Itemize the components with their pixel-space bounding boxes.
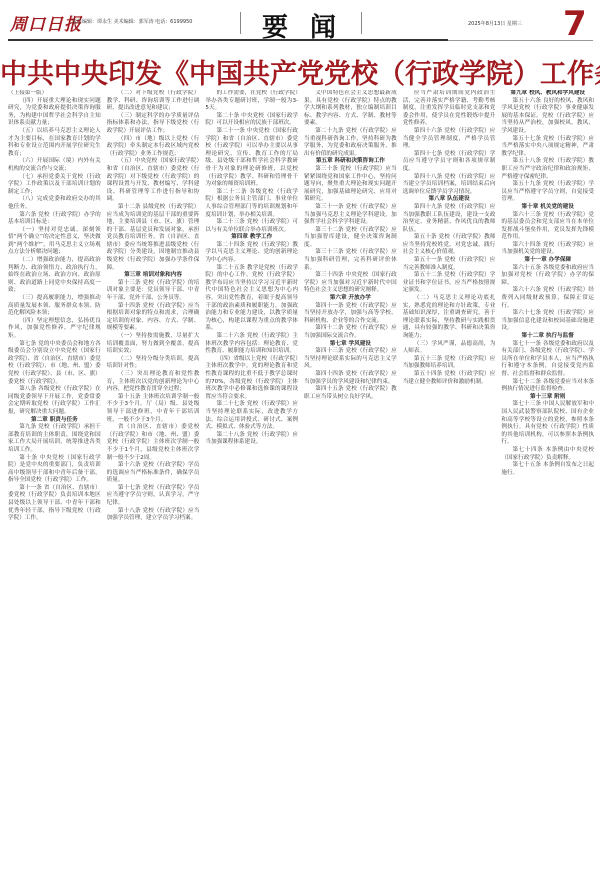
article-paragraph: 义中国特色社会主义思想最新成果。具有党校（行政学院）特点的教学大纲和系列教材，独… <box>304 90 397 128</box>
article-paragraph: 第六十六条 党校（行政学院）经费列入同级财政预算，保障正常运行。 <box>501 287 594 310</box>
article-paragraph: 第五十四条 党校（行政学院）应当建立健全教师评价和激励机制。 <box>403 371 496 386</box>
article-paragraph: （二）马克思主义理论功底扎实，熟悉党的理论和方针政策，专业基础知识深厚，注重调查… <box>403 295 496 341</box>
article-paragraph: 第三十三条 党校（行政学院）应当加强科研管理，完善科研评价体系。 <box>304 249 397 272</box>
chapter-heading: 第十一章 办学保障 <box>501 257 594 265</box>
article-paragraph: 第六十四条 党校（行政学院）应当加强机关党的建设。 <box>501 242 594 257</box>
article-paragraph: 第七十五条 本条例自发布之日起施行。 <box>501 462 594 477</box>
chapter-heading: 第五章 科研和决策咨询工作 <box>304 158 397 166</box>
article-paragraph: 第六十三条 党校（行政学院）党的基层委员会和党支部应当在本单位发挥战斗堡垒作用，… <box>501 212 594 242</box>
article-paragraph: 第二十八条 党校（行政学院）应当加强课程体系建设。 <box>205 432 298 447</box>
article-paragraph: （四）市（地）级以上党校（行政学院）牵头制定本行政区域内党校（行政学院）业务工作… <box>107 136 200 159</box>
article-paragraph: 第十条 中央党校（国家行政学院）是党中央的重要部门，负责培训高中级领导干部和中青… <box>8 455 101 485</box>
article-paragraph: 第五十六条 良好的校风、教风和学风是党校（行政学院）事业健康发展的基本保证。党校… <box>501 98 594 136</box>
article-paragraph: （四）坚定理想信念，弘扬优良作风，加强党性修养，严守纪律规矩。 <box>8 318 101 341</box>
issue-date: 2025年8月13日 星期三 <box>468 20 522 27</box>
divider <box>361 12 362 34</box>
article-paragraph: 第五十七条 党校（行政学院）应当严格落实中央八项规定精神，严肃教学纪律。 <box>501 136 594 159</box>
article-paragraph: 第十六条 党校（行政学院）学员的选调应当严格标准条件，确保学员质量。 <box>107 462 200 485</box>
article-paragraph: 第九条 党校（行政学院）承担干部教育培训的主体职责，围绕党和国家工作大局开展培训… <box>8 424 101 454</box>
column-5: 应当严肃培训期间党内政治生活，完善并落实严格学籍、考勤考核制度，注重发挥学员临时… <box>403 90 496 880</box>
chapter-heading: 第六章 开放办学 <box>304 295 397 303</box>
article-paragraph: （三）突出理论教育和党性教育，主体班次以党的创新理论为中心内容，把党性教育贯穿全… <box>107 371 200 394</box>
divider <box>240 12 241 34</box>
article-paragraph: 第二十一条 中央党校（国家行政学院）和省（自治区、直辖市）委党校（行政学院）可以… <box>205 128 298 189</box>
article-paragraph: 第十七条 党校（行政学院）学员应当遵守学员守则，认真学习，严守纪律。 <box>107 485 200 508</box>
editor-credits: 责任编辑：谭永生 美术编辑：郭军涛 电话：6199950 <box>72 18 192 25</box>
masthead: 周口日报 责任编辑：谭永生 美术编辑：郭军涛 电话：6199950 要闻 202… <box>0 0 600 42</box>
article-paragraph: （三）制定科学的办学质量评估指标体系和办法，指导下级党校（行政学院）开展评估工作… <box>107 113 200 136</box>
chapter-heading: 第十章 机关党的建设 <box>501 204 594 212</box>
article-paragraph: 第十三条 党校（行政学院）的培训对象主要是：党员领导干部、中青年干部、党外干部、… <box>107 280 200 303</box>
article-paragraph: （五）以培养马克思主义理论人才为主要目标，在国家教育计划的学科和专业设立范围内开… <box>8 128 101 158</box>
article-paragraph: 第二十五条 教学是党校（行政学院）的中心工作。党校（行政学院）教学布局应当坚持以… <box>205 265 298 333</box>
article-paragraph: （四）省级以上党校（行政学院）主体班次教学中，党的理论教育和党性教育课程的比重不… <box>205 356 298 402</box>
column-3: 的工作需要，在党校（行政学院）举办各类专题研讨班，学制一般为3-5天。第二十条 … <box>205 90 298 880</box>
article-paragraph: （八）完成党委和政府交办的其他任务。 <box>8 196 101 211</box>
article-paragraph: 第四十三条 党校（行政学院）应当坚持理论联系实际的马克思主义学风。 <box>304 348 397 371</box>
article-paragraph: 第二十九条 党校（行政学院）应当重视科研咨询工作，坚持科研为教学服务、为党委和政… <box>304 128 397 158</box>
chapter-heading: 第四章 教学工作 <box>205 234 298 242</box>
article-paragraph: 第五十二条 党校（行政学院）学业证书和学位证书，应当严格按照规定颁发。 <box>403 272 496 295</box>
article-paragraph: 第八条 各级党校（行政学院）在同级党委领导下开展工作，党委常委会定期听取党校（行… <box>8 386 101 416</box>
chapter-heading: 第二章 职责与任务 <box>8 417 101 425</box>
article-paragraph: 第四十七条 党校（行政学院）学员应当遵守学员守则和各项规章制度。 <box>403 151 496 174</box>
article-paragraph: 第六十五条 各级党委和政府应当加强对党校（行政学院）办学的保障。 <box>501 265 594 288</box>
chapter-heading: 第九章 校风、教风和学风建设 <box>501 90 594 98</box>
article-paragraph: 第七十一条 各级党委和政府以及有关部门、各级党校（行政学院）、学员所在单位和学员… <box>501 341 594 379</box>
article-paragraph: 第四十五条 党校（行政学院）教职工应当带头树立良好学风。 <box>304 386 397 401</box>
column-1: （上接第一版）（四）开展重大理论和现实问题研究，为党委和政府提供决策咨询服务，为… <box>8 90 101 880</box>
article-paragraph: 第四十八条 党校（行政学院）应当建立学员培训档案，培训结束后向选调单位反馈学员学… <box>403 174 496 197</box>
article-paragraph: （二）坚持分级分类培训，提高培训针对性； <box>107 356 200 371</box>
article-paragraph: 第四十四条 党校（行政学院）应当加强学员的学风建设和纪律约束。 <box>304 371 397 386</box>
article-paragraph: （五）中央党校（国家行政学院）和省（自治区、直辖市）委党校（行政学院）对下级党校… <box>107 158 200 204</box>
article-paragraph: 第十二条 县级党校（行政学院）应当成为培训党的基层干部的重要阵地，主要培训县（市… <box>107 204 200 272</box>
article-paragraph: 第十八条 党校（行政学院）应当加强学员管理，建立学员学习档案。 <box>107 508 200 523</box>
column-6: 第九章 校风、教风和学风建设第五十六条 良好的校风、教风和学风是党校（行政学院）… <box>501 90 594 880</box>
article-paragraph: 第五十一条 党校（行政学院）应当完善教师准入制度。 <box>403 257 496 272</box>
chapter-heading: 第三章 培训对象和内容 <box>107 272 200 280</box>
header-rule-thick <box>300 39 448 41</box>
article-paragraph: 省（自治区、直辖市）委党校（行政学院）和市（地、州、盟）委党校（行政学院）主体班… <box>107 424 200 462</box>
article-paragraph: 第四十一条 党校（行政学院）应当坚持开放办学，加强与高等学校、科研机构、企业等的… <box>304 303 397 326</box>
article-paragraph: 第二十条 中央党校（国家行政学院）可以开设相应的民族干部班次。 <box>205 113 298 128</box>
article-paragraph: （三）提高履职能力，增强推动高质量发展本领、服务群众本领、防范化解风险本领； <box>8 295 101 318</box>
article-paragraph: （二）对下级党校（行政学院）教学、科研、咨询培训等工作进行调研，提出改进意见和建… <box>107 90 200 113</box>
column-2: （二）对下级党校（行政学院）教学、科研、咨询培训等工作进行调研，提出改进意见和建… <box>107 90 200 880</box>
article-paragraph: 第二十三条 党校（行政学院）可以与有关单位联合举办培训班次。 <box>205 219 298 234</box>
article-paragraph: （四）开展重大理论和现实问题研究，为党委和政府提供决策咨询服务，为构建中国哲学社… <box>8 98 101 128</box>
header-rule-thick <box>8 39 300 41</box>
article-paragraph: 第二十六条 党校（行政学院）主体班次教学内容包括：理论教育、党性教育、履职能力培… <box>205 333 298 356</box>
article-paragraph: （三）学风严谨，品德高尚，为人师表。 <box>403 341 496 356</box>
article-paragraph: 第四十九条 党校（行政学院）应当加强教职工队伍建设，建设一支政治坚定、业务精湛、… <box>403 204 496 234</box>
article-paragraph: 第七十四条 本条例由中央党校（国家行政学院）负责解释。 <box>501 447 594 462</box>
article-paragraph: 第三十一条 党校（行政学院）应当加强马克思主义理论学科建设，加强哲学社会科学学科… <box>304 204 397 227</box>
article-paragraph: 第七十二条 各级党委应当对本条例执行情况进行监督检查。 <box>501 379 594 394</box>
article-paragraph: 第七条 党的中央委员会和地方各级委员会分别设立中央党校（国家行政学院）、省（自治… <box>8 341 101 387</box>
article-paragraph: 第五十八条 党校（行政学院）教职工应当严守政治纪律和政治规矩，严格遵守保密纪律。 <box>501 158 594 181</box>
article-paragraph: 第三十条 党校（行政学院）应当紧紧围绕党和国家工作中心，坚持问题导向，聚焦重大理… <box>304 166 397 204</box>
article-paragraph: （一）坚持按需施教，尽量扩大培训覆盖面，努力做到全覆盖，提高培训实效； <box>107 333 200 356</box>
article-paragraph: 第四十二条 党校（行政学院）应当加强国际交流合作。 <box>304 325 397 340</box>
article-paragraph: 第六十七条 党校（行政学院）应当加强信息化建设和校园基础设施建设。 <box>501 310 594 333</box>
continuation-note: （上接第一版） <box>8 90 101 98</box>
article-paragraph: 第三十二条 党校（行政学院）应当加强智库建设，健全决策咨询制度。 <box>304 227 397 250</box>
article-paragraph: 第五十九条 党校（行政学院）学员应当严格遵守学员守则，自觉接受管理。 <box>501 181 594 204</box>
page-number: 7 <box>563 4 587 44</box>
article-paragraph: 第二十四条 党校（行政学院）教学以马克思主义理论、党的创新理论为中心内容。 <box>205 242 298 265</box>
article-headline: 中共中央印发《中国共产党党校（行政学院）工作条例》 <box>0 52 600 91</box>
article-paragraph: 第十四条 党校（行政学院）应当根据培训对象的特点和需求，合理确定培训的对象、内容… <box>107 303 200 333</box>
article-paragraph: 第十五条 主体班次培训学制一般不少于3个月。厅（局）级、县处级领导干部进修班，中… <box>107 394 200 424</box>
article-paragraph: 第二十二条 各级党校（行政学院）根据公务员主管部门、事业单位人事综合管理部门等的… <box>205 189 298 219</box>
article-paragraph: （六）开展国际（境）内外有关机构的交流合作与交流； <box>8 158 101 173</box>
article-paragraph: 第七十三条 中国人民解放军和中国人民武装警察部队院校、国有企业和高等学校等设立的… <box>501 401 594 447</box>
article-paragraph: 第六条 党校（行政学院）办学的基本培训目标是： <box>8 212 101 227</box>
article-paragraph: 第二十七条 党校（行政学院）应当坚持理论联系实际，改进教学方法，综合运用讲授式、… <box>205 401 298 431</box>
chapter-heading: 第十二章 执行与监督 <box>501 333 594 341</box>
article-paragraph: 第三十四条 中央党校（国家行政学院）应当加强对习近平新时代中国特色社会主义思想的… <box>304 272 397 295</box>
article-paragraph: 应当严肃培训期间党内政治生活，完善并落实严格学籍、考勤考核制度，注重发挥学员临时… <box>403 90 496 128</box>
article-paragraph: （一）坚持对党忠诚，深刻领悟“两个确立”的决定性意义，坚决做到“两个维护”，用马… <box>8 227 101 257</box>
article-paragraph: （二）增强政治能力，提高政治判断力、政治领悟力、政治执行力，始终在政治立场、政治… <box>8 257 101 295</box>
article-paragraph: （七）承担党委关于党校（行政学院）工作政策以及干部培训计划的制定工作； <box>8 174 101 197</box>
article-paragraph: 第四十六条 党校（行政学院）应当健全学员管理制度，严格学员管理。 <box>403 128 496 151</box>
column-4: 义中国特色社会主义思想最新成果。具有党校（行政学院）特点的教学大纲和系列教材，独… <box>304 90 397 880</box>
article-paragraph: 第十一条 省（自治区、直辖市）委党校（行政学院）负责培训本地区县处级以上领导干部… <box>8 485 101 523</box>
article-paragraph: 第五十三条 党校（行政学院）应当加强教师培养培训。 <box>403 356 496 371</box>
chapter-heading: 第八章 队伍建设 <box>403 196 496 204</box>
article-paragraph: 第五十条 党校（行政学院）教师应当坚持党校姓党，对党忠诚，践行社会主义核心价值观… <box>403 234 496 257</box>
article-body: （上接第一版）（四）开展重大理论和现实问题研究，为党委和政府提供决策咨询服务，为… <box>8 90 594 880</box>
article-paragraph: 的工作需要，在党校（行政学院）举办各类专题研讨班，学制一般为3-5天。 <box>205 90 298 113</box>
